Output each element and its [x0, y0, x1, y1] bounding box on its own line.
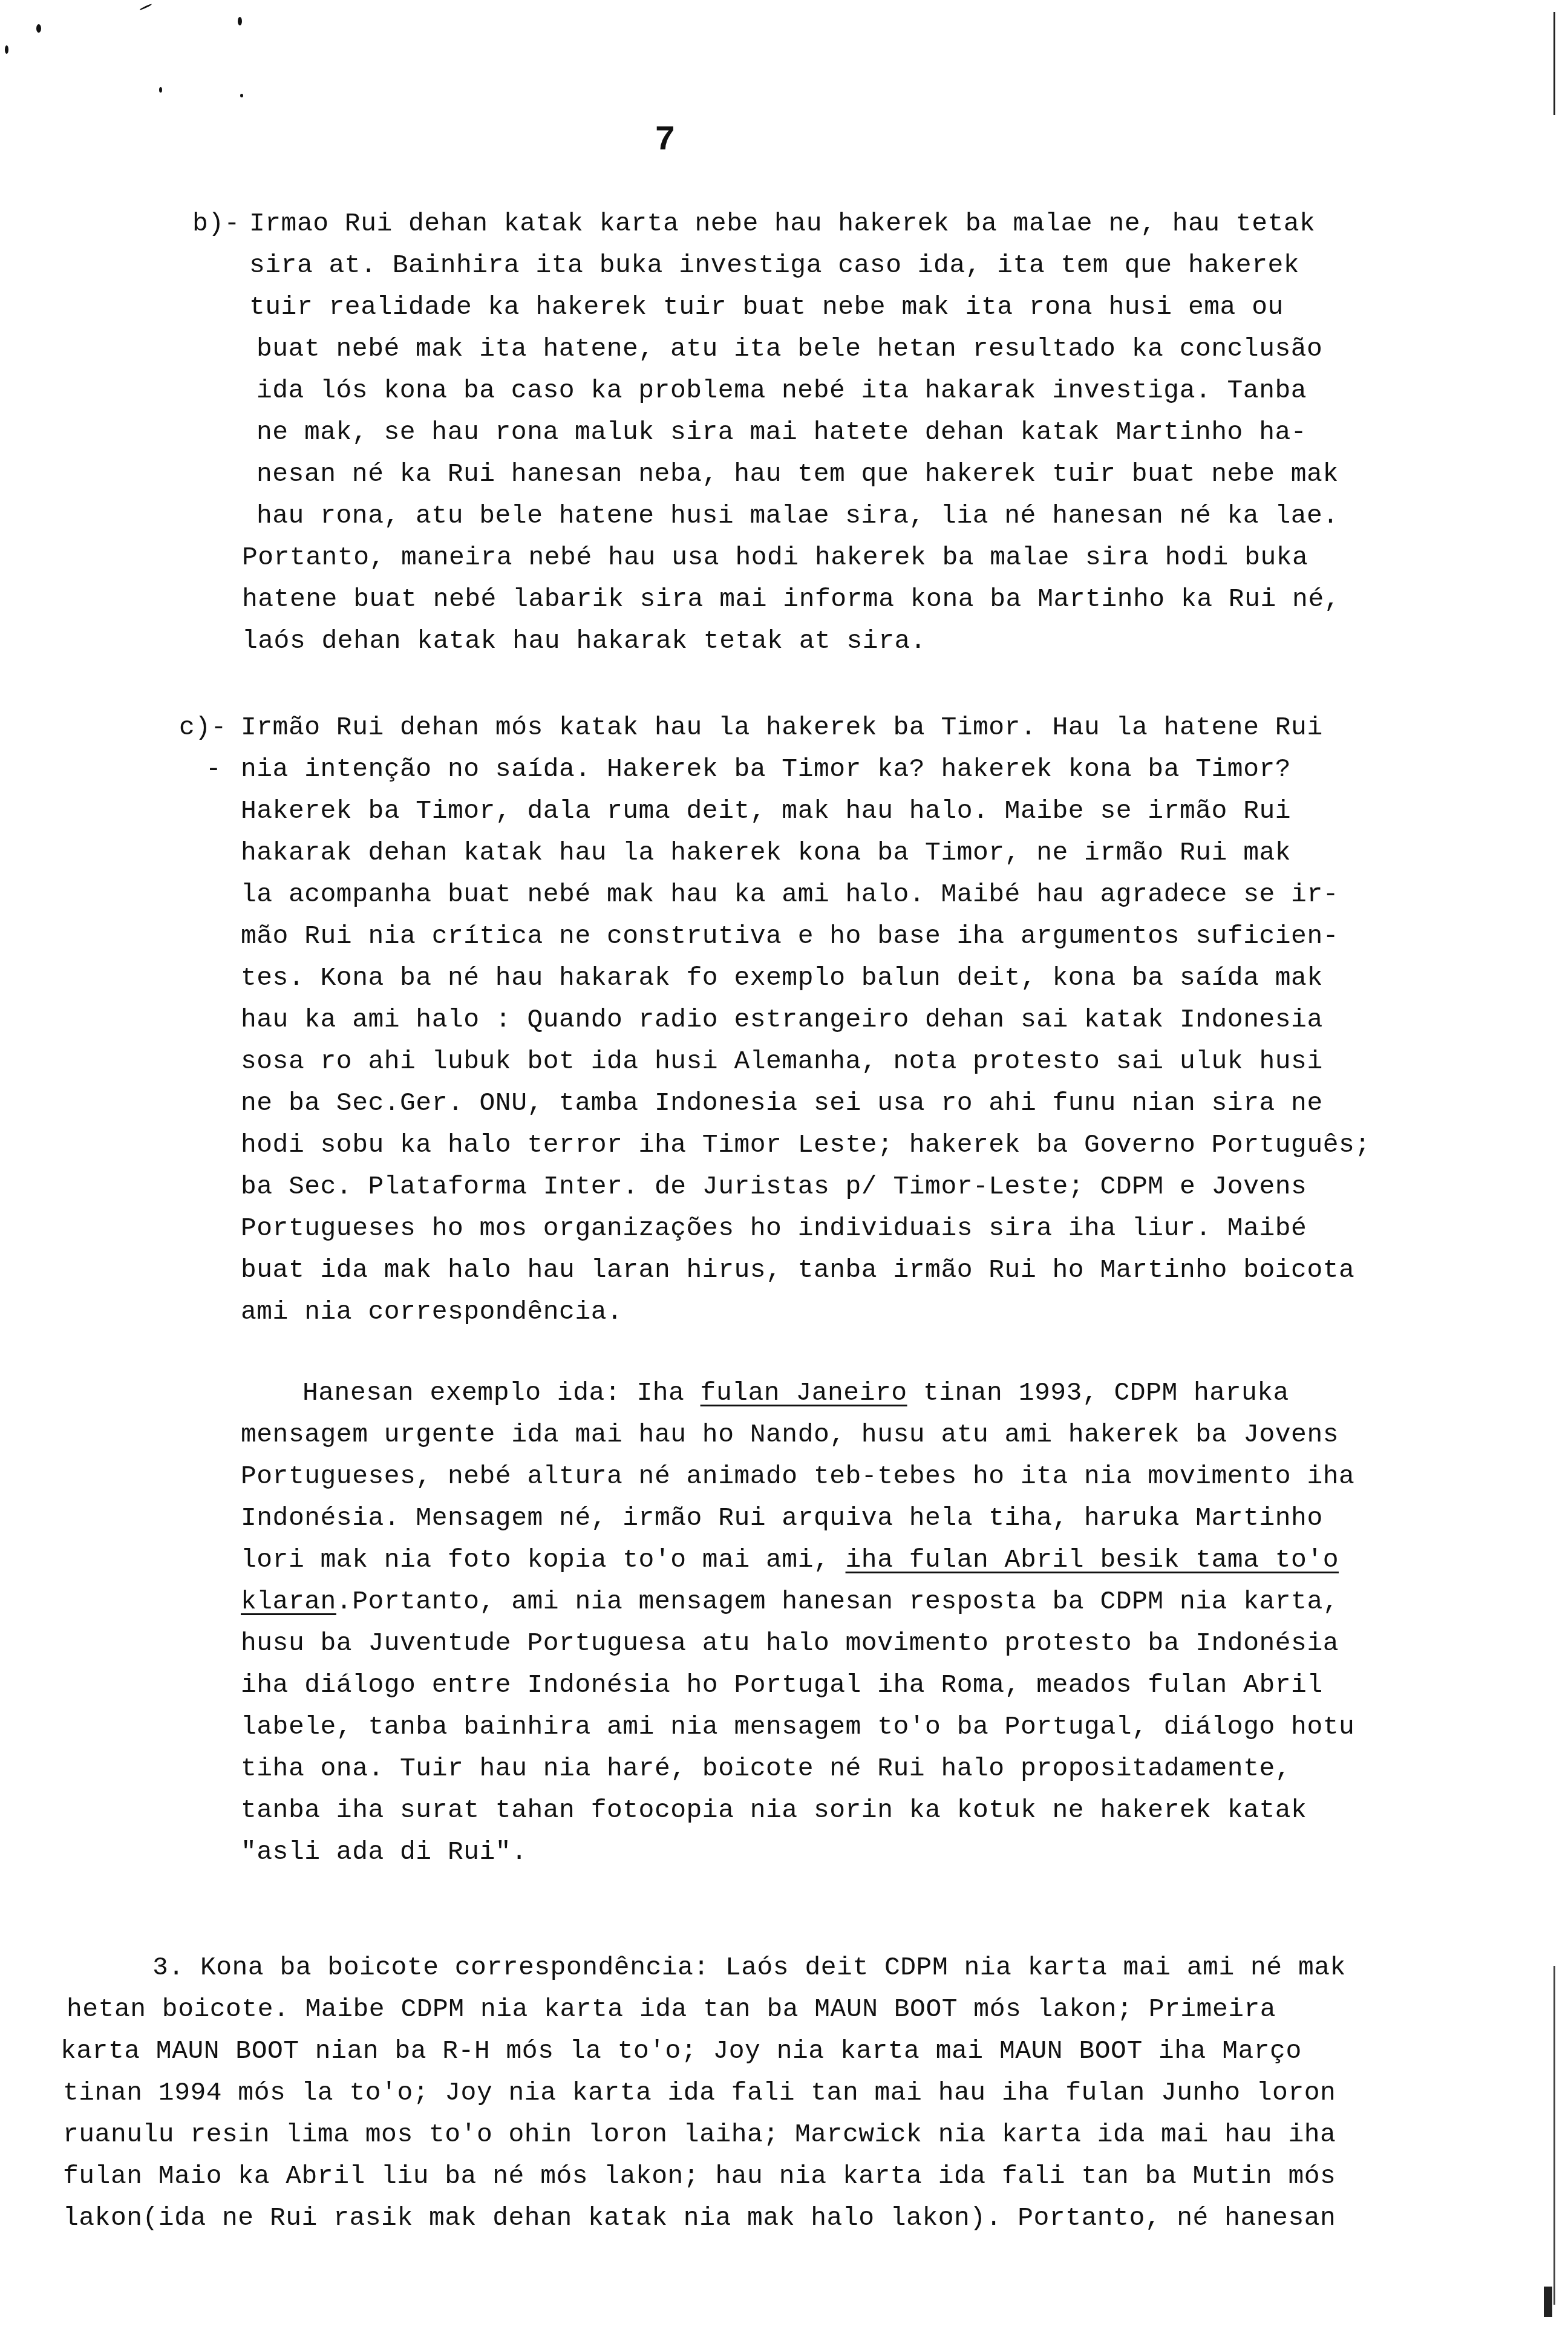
example-line: tiha ona. Tuir hau nia haré, boicote né … [241, 1754, 1291, 1784]
underlined-text: fulan Janeiro [701, 1378, 907, 1408]
section-b-line: ida lós kona ba caso ka problema nebé it… [256, 376, 1307, 406]
section-3-line: tinan 1994 mós la to'o; Joy nia karta id… [63, 2078, 1336, 2108]
section-b-line: Irmao Rui dehan katak karta nebe hau hak… [249, 209, 1315, 239]
example-line: lori mak nia foto kopia to'o mai ami, ih… [241, 1545, 1339, 1575]
section-3-line: lakon(ida ne Rui rasik mak dehan katak n… [63, 2203, 1336, 2233]
example-line: "asli ada di Rui". [241, 1837, 527, 1867]
section-3-line: 3. Kona ba boicote correspondência: Laós… [152, 1953, 1346, 1983]
section-c-line: Portugueses ho mos organizações ho indiv… [241, 1213, 1307, 1244]
scan-edge-mark [1553, 1966, 1555, 2305]
example-line: klaran.Portanto, ami nia mensagem hanesa… [241, 1587, 1339, 1617]
example-line: tanba iha surat tahan fotocopia nia sori… [241, 1795, 1307, 1826]
section-3-line: karta MAUN BOOT nian ba R-H mós la to'o;… [60, 2036, 1302, 2066]
scan-speck [36, 24, 41, 33]
section-b-line: ne mak, se hau rona maluk sira mai hatet… [256, 417, 1307, 448]
section-c-line: Hakerek ba Timor, dala ruma deit, mak ha… [241, 796, 1291, 826]
section-3-line: hetan boicote. Maibe CDPM nia karta ida … [67, 1994, 1276, 2025]
section-c-line: ami nia correspondência. [241, 1297, 622, 1327]
section-b-line: Portanto, maneira nebé hau usa hodi hake… [242, 543, 1308, 573]
section-b-line: sira at. Bainhira ita buka investiga cas… [249, 250, 1299, 281]
section-b-line: nesan né ka Rui hanesan neba, hau tem qu… [256, 459, 1339, 489]
scan-speck [238, 17, 242, 25]
section-b-line: hatene buat nebé labarik sira mai inform… [242, 584, 1340, 615]
scan-speck [159, 87, 162, 93]
section-3-line: fulan Maio ka Abril liu ba né mós lakon;… [63, 2161, 1336, 2192]
bullet-dot: - [206, 754, 221, 785]
typewritten-document-page: 7 b)- Irmao Rui dehan katak karta nebe h… [0, 0, 1568, 2341]
section-c-line: tes. Kona ba né hau hakarak fo exemplo b… [241, 963, 1323, 993]
scan-edge-mark [1544, 2287, 1552, 2317]
section-c-line: ne ba Sec.Ger. ONU, tamba Indonesia sei … [241, 1088, 1323, 1118]
section-c-line: hakarak dehan katak hau la hakerek kona … [241, 838, 1291, 868]
example-line: Hanesan exemplo ida: Iha fulan Janeiro t… [302, 1378, 1289, 1408]
section-b-line: tuir realidade ka hakerek tuir buat nebe… [249, 292, 1284, 322]
section-c-line: nia intenção no saída. Hakerek ba Timor … [241, 754, 1291, 785]
example-line: mensagem urgente ida mai hau ho Nando, h… [241, 1420, 1339, 1450]
section-c-line: Irmão Rui dehan mós katak hau la hakerek… [241, 713, 1323, 743]
section-c-line: mão Rui nia crítica ne construtiva e ho … [241, 921, 1339, 952]
section-c-line: ba Sec. Plataforma Inter. de Juristas p/… [241, 1172, 1307, 1202]
section-c-line: hau ka ami halo : Quando radio estrangei… [241, 1005, 1323, 1035]
section-b-marker: b)- [192, 209, 240, 239]
example-line: labele, tanba bainhira ami nia mensagem … [241, 1712, 1354, 1742]
section-b-line: hau rona, atu bele hatene husi malae sir… [256, 501, 1339, 531]
section-c-line: la acompanha buat nebé mak hau ka ami ha… [241, 880, 1339, 910]
example-line: Portugueses, nebé altura né animado teb-… [241, 1461, 1354, 1492]
section-c-line: hodi sobu ka halo terror iha Timor Leste… [241, 1130, 1371, 1160]
section-b-line: buat nebé mak ita hatene, atu ita bele h… [256, 334, 1322, 364]
underlined-text: klaran [241, 1587, 336, 1616]
section-b-line: laós dehan katak hau hakarak tetak at si… [242, 626, 926, 656]
scan-speck [5, 45, 8, 54]
underlined-text: iha fulan Abril besik tama to'o [846, 1545, 1339, 1575]
example-line: Indonésia. Mensagem né, irmão Rui arquiv… [241, 1503, 1323, 1533]
scan-speck [240, 94, 243, 97]
page-number: 7 [655, 121, 676, 160]
section-3-line: ruanulu resin lima mos to'o ohin loron l… [63, 2120, 1336, 2150]
section-c-line: buat ida mak halo hau laran hirus, tanba… [241, 1255, 1354, 1285]
section-c-line: sosa ro ahi lubuk bot ida husi Alemanha,… [241, 1046, 1323, 1077]
section-c-marker: c)- [179, 713, 227, 743]
scan-speck [139, 3, 152, 10]
example-line: iha diálogo entre Indonésia ho Portugal … [241, 1670, 1323, 1700]
example-line: husu ba Juventude Portuguesa atu halo mo… [241, 1628, 1339, 1659]
scan-edge-mark [1553, 12, 1555, 115]
